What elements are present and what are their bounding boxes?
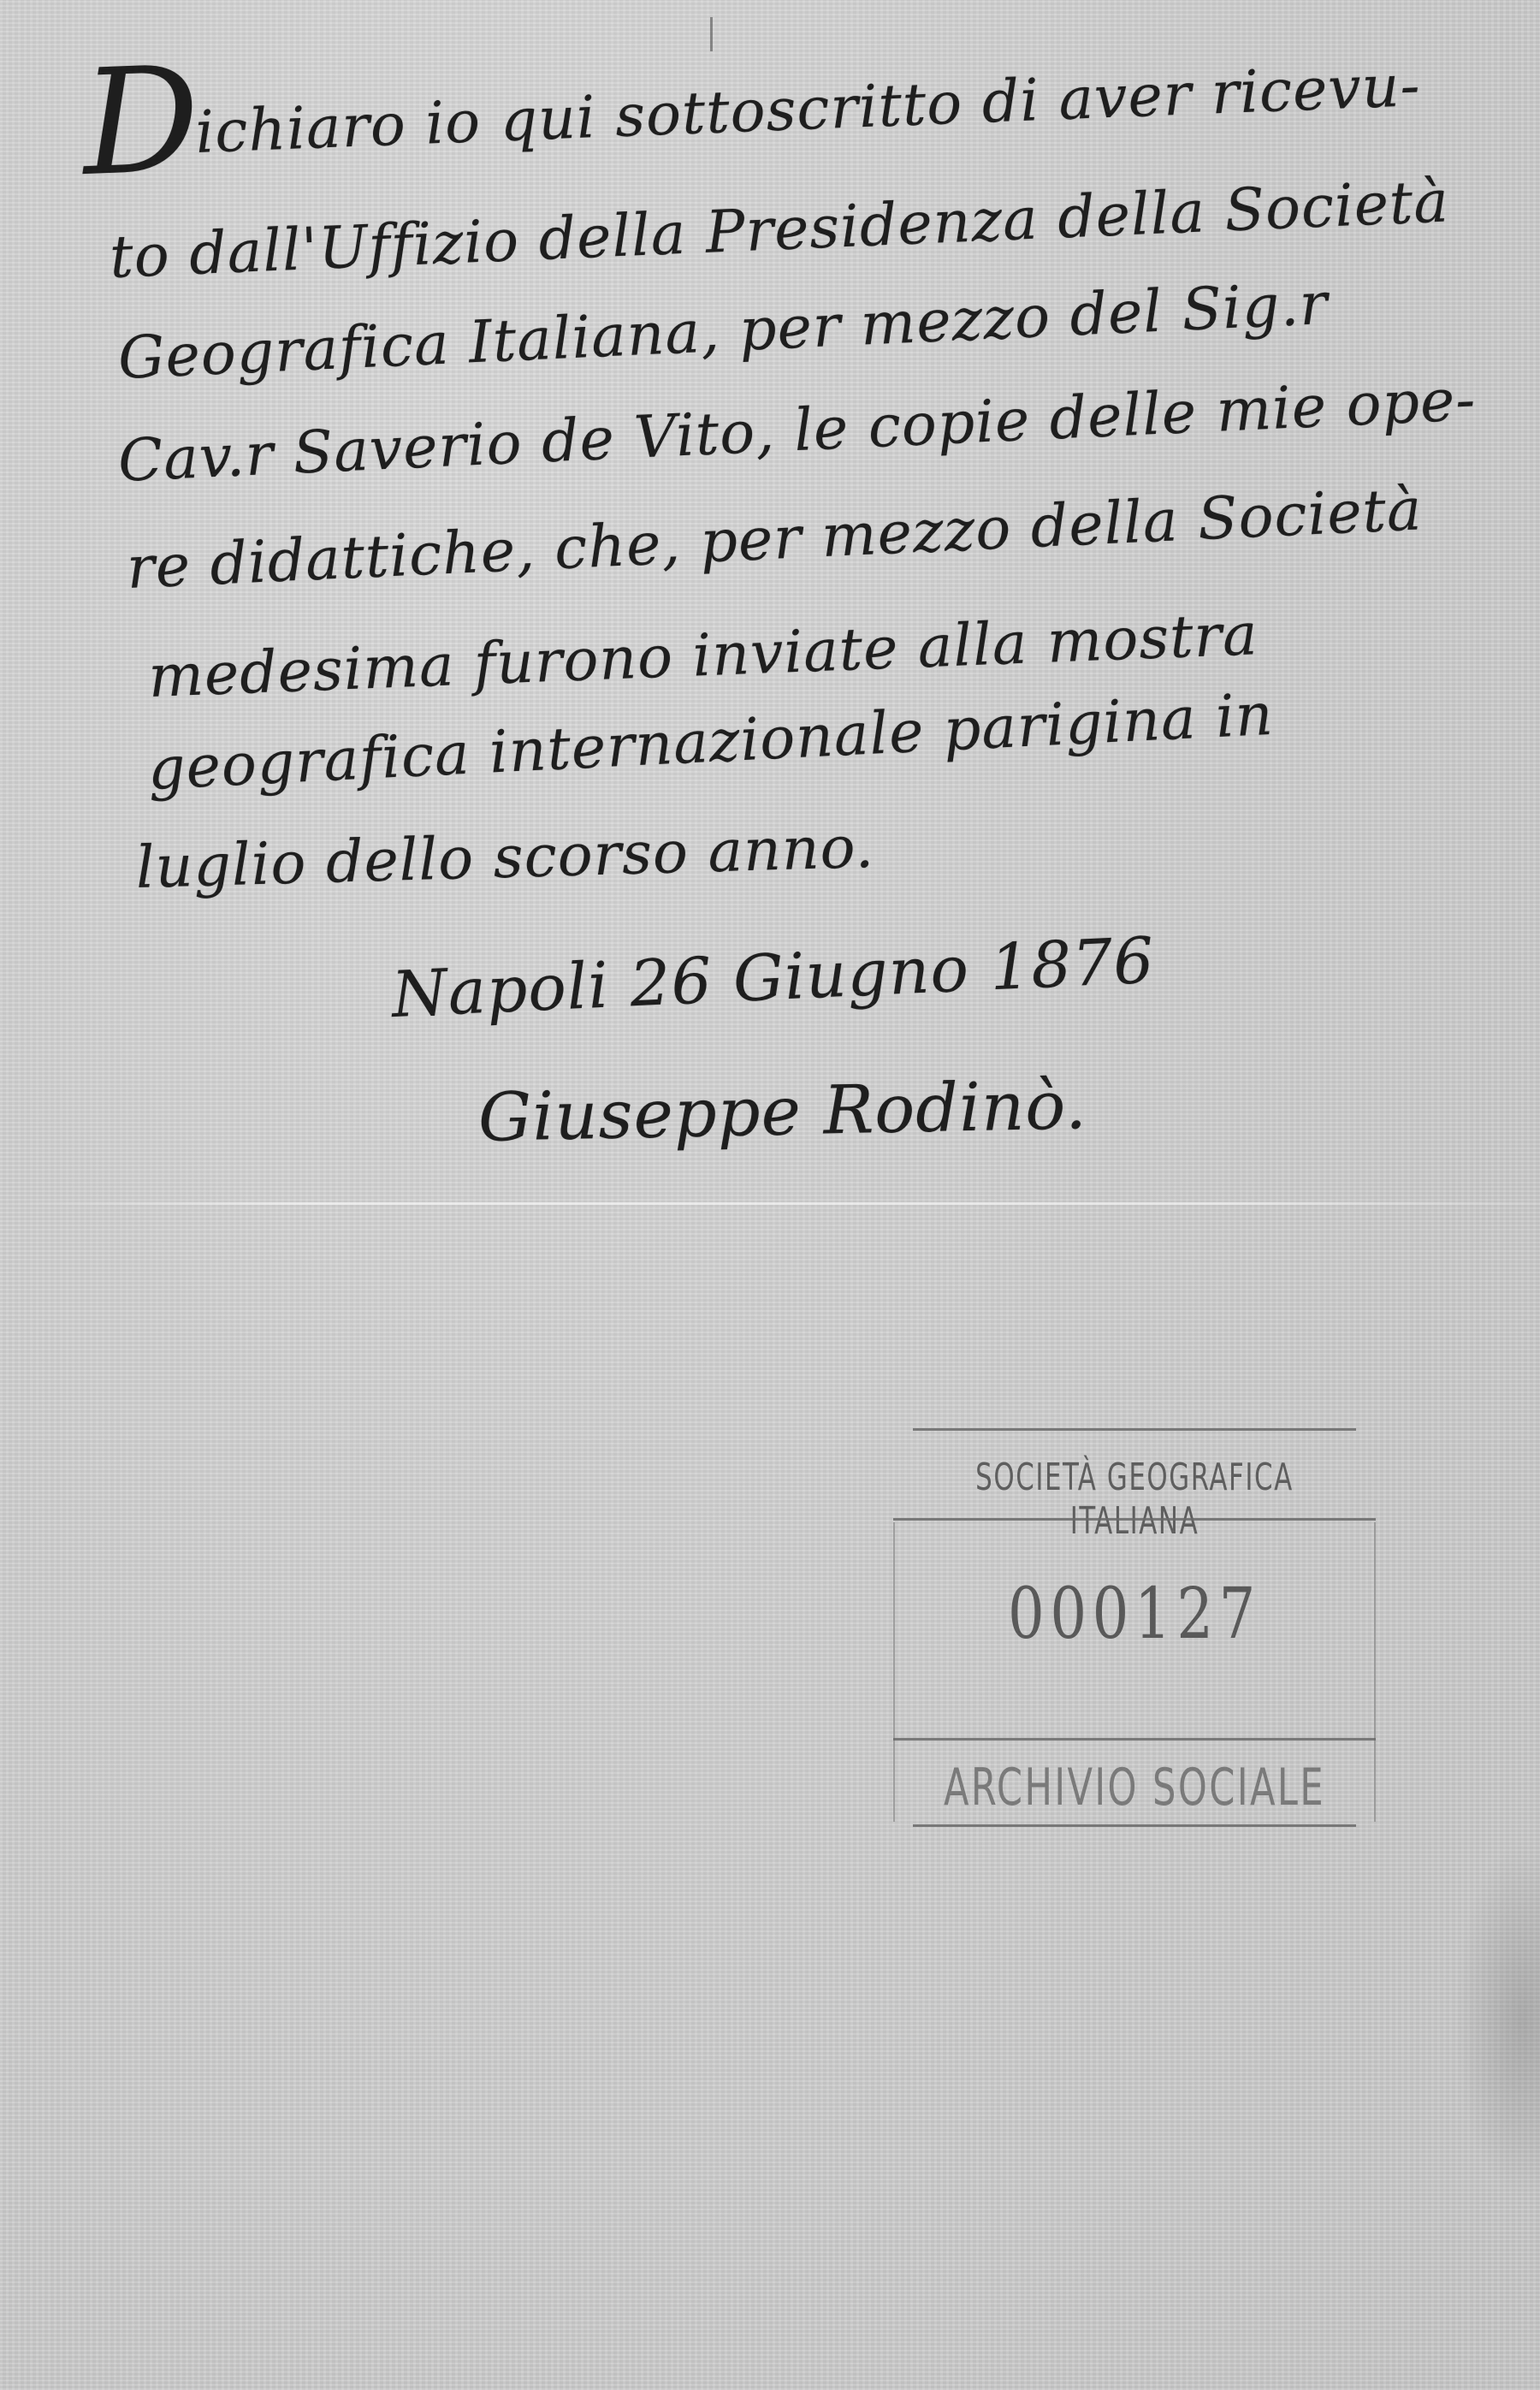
- paper-stain: [1454, 1840, 1540, 2199]
- archive-stamp: SOCIETÀ GEOGRAFICA ITALIANA 000127 ARCHI…: [893, 1428, 1376, 1826]
- stamp-rule-2: [893, 1518, 1376, 1521]
- body-line-1-text: ichiaro io qui sottoscritto di aver rice…: [194, 52, 1422, 167]
- date-line: Napoli 26 Giugno 1876: [390, 924, 1156, 1032]
- stamp-header: SOCIETÀ GEOGRAFICA ITALIANA: [946, 1456, 1323, 1543]
- stamp-left-border: [893, 1522, 895, 1822]
- stamp-footer: ARCHIVIO SOCIALE: [941, 1758, 1327, 1818]
- stamp-number: 000127: [937, 1574, 1332, 1655]
- body-line-4: Cav.r Saverio de Vito, le copie delle mi…: [116, 366, 1477, 495]
- stamp-rule-3: [893, 1738, 1376, 1741]
- paper-fold-crease: [0, 1202, 1540, 1205]
- stamp-right-border: [1374, 1522, 1376, 1822]
- drop-cap: D: [80, 35, 204, 209]
- body-line-8: luglio dello scorso anno.: [135, 814, 875, 902]
- stamp-top-rule: [913, 1428, 1357, 1431]
- signature: Giuseppe Rodinò.: [477, 1067, 1087, 1157]
- body-line-1: Dichiaro io qui sottoscritto di aver ric…: [80, 0, 1423, 197]
- body-line-5: re didattiche, che, per mezzo della Soci…: [125, 476, 1424, 602]
- body-line-3: Geografica Italiana, per mezzo del Sig.r: [116, 270, 1330, 393]
- stamp-bottom-rule: [913, 1824, 1357, 1827]
